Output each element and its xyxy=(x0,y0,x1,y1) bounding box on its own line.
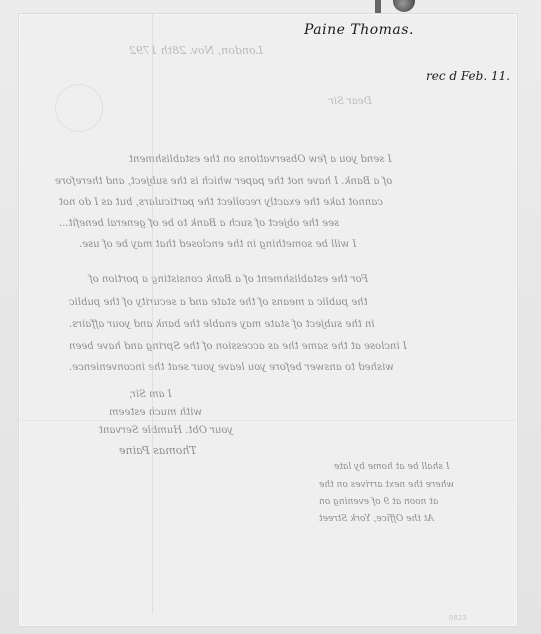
bleed-signature: Thomas Paine xyxy=(119,444,197,457)
bleed-postscript-2: where the next arrives on the xyxy=(319,480,454,490)
faded-stamp xyxy=(55,84,103,132)
bleed-postscript-3: at noon at 9 of evening on xyxy=(319,497,438,507)
bleed-line-4: see the object of such a Bank to be of g… xyxy=(59,218,339,229)
docket-received: rec d Feb. 11. xyxy=(426,69,510,83)
bleed-line-7: the public a means of the state and a se… xyxy=(69,297,368,308)
bleed-salutation: Dear Sir xyxy=(329,96,372,107)
bleed-line-2: of a Bank. I have not the paper which is… xyxy=(55,176,392,187)
bleed-closing-1: I am Sir, xyxy=(129,389,172,400)
bleed-line-10: wished to answer before you leave your s… xyxy=(69,362,394,373)
bleed-line-9: I inclose at the same the as accession o… xyxy=(69,341,407,352)
folio-number: 0823 xyxy=(449,614,467,622)
bleed-line-6: For the establishment of a Bank consisti… xyxy=(89,274,368,285)
bleed-postscript-1: I shall be at home by late xyxy=(334,462,449,472)
bleed-line-3: cannot take the exactly recollect the pa… xyxy=(59,197,383,208)
vertical-fold-line xyxy=(152,14,153,614)
horizontal-fold-line xyxy=(18,420,516,421)
docket-name: Paine Thomas. xyxy=(304,22,414,38)
bleed-closing-3: your Obt. Humble Servant xyxy=(99,425,233,436)
bleed-line-8: in the subject of state may enable the b… xyxy=(69,319,375,330)
bleed-line-1: I send you a few Observations on the est… xyxy=(129,154,391,165)
bleed-postscript-4: At the Office, York Street xyxy=(319,514,434,524)
clip-ring xyxy=(393,0,415,12)
bleed-line-5: I will be something in the enclosed that… xyxy=(79,239,356,250)
bleed-closing-2: with much esteem xyxy=(109,407,202,418)
manuscript-page: Paine Thomas. rec d Feb. 11. London, Nov… xyxy=(18,13,518,627)
bleed-dateline: London, Nov. 28th 1792 xyxy=(129,44,263,57)
